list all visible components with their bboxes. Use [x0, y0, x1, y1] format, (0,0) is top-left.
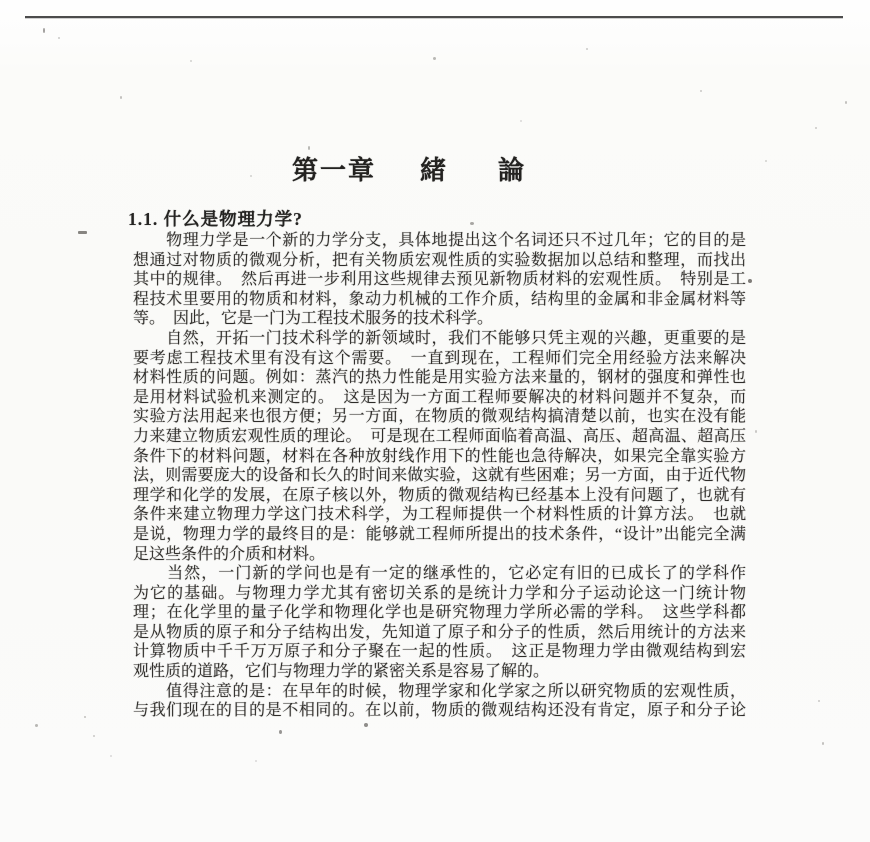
- scan-speck: [815, 127, 817, 129]
- scan-speck: [43, 28, 45, 33]
- text-line: 材料性质的问题。例如：蒸汽的热力性能是用实验方法来量的，钢材的强度和弹性也: [133, 368, 746, 388]
- text-line: 为它的基础。与物理力学尤其有密切关系的是统计力学和分子运动论这一门统计物: [133, 584, 746, 604]
- scan-speck: [463, 706, 465, 708]
- scan-speck: [110, 755, 112, 757]
- text-line: 观性质的道路，它们与物理力学的紧密关系是容易了解的。: [133, 662, 746, 682]
- chapter-number: 第一章: [292, 156, 376, 185]
- text-line: 其中的规律。 然后再进一步利用这些规律去预见新物质材料的宏观性质。 特别是工: [133, 270, 746, 290]
- text-line: 自然，开拓一门技术科学的新领域时，我们不能够只凭主观的兴趣，更重要的是: [133, 329, 746, 349]
- scan-speck: [818, 700, 820, 702]
- scan-speck: [845, 101, 847, 104]
- scan-speck: [364, 723, 368, 727]
- text-line: 当然，一门新的学问也是有一定的继承性的，它必定有旧的已成长了的学科作: [133, 564, 746, 584]
- text-line: 要考虑工程技术里有没有这个需要。 一直到现在，工程师们完全用经验方法来解决: [133, 349, 746, 369]
- text-line: 物理力学是一个新的力学分支，具体地提出这个名词还只不过几年；它的目的是: [133, 231, 746, 251]
- scanned-book-page: 第一章緒論 1.1. 什么是物理力学? 物理力学是一个新的力学分支，具体地提出这…: [0, 0, 870, 842]
- scan-speck: [255, 760, 257, 762]
- text-line: 足这些条件的介质和材料。: [133, 545, 746, 565]
- chapter-title-char-2: 論: [498, 156, 524, 185]
- scan-speck: [279, 730, 282, 734]
- text-line: 程技术里要用的物质和材料，象动力机械的工作介质，结构里的金属和非金属材料等: [133, 290, 746, 310]
- text-line: 条件来建立物理力学这门技术科学，为工程师提供一个材料性质的计算方法。 也就: [133, 505, 746, 525]
- scan-speck: [84, 716, 86, 718]
- scan-speck: [748, 279, 752, 283]
- text-line: 力来建立物质宏观性质的理论。 可是现在工程师面临着高温、高压、超高温、超高压: [133, 427, 746, 447]
- scan-speck: [433, 57, 436, 60]
- scan-speck: [765, 160, 767, 162]
- text-line: 与我们现在的目的是不相同的。在以前，物质的微观结构还没有肯定，原子和分子论: [133, 701, 746, 721]
- text-line: 是说，物理力学的最终目的是：能够就工程师所提出的技术条件，“设计”出能完全满: [133, 525, 746, 545]
- text-line: 值得注意的是：在早年的时候，物理学家和化学家之所以研究物质的宏观性质，: [133, 682, 746, 702]
- scan-speck: [250, 175, 252, 177]
- scan-speck: [755, 430, 757, 433]
- scan-speck: [153, 701, 155, 703]
- scan-speck: [190, 60, 192, 62]
- text-line: 法，则需要庞大的设备和长久的时间来做实验，这就有些困难；另一方面，由于近代物: [133, 466, 746, 486]
- scan-speck: [78, 231, 87, 234]
- scan-speck: [520, 120, 522, 122]
- scan-speck: [640, 330, 642, 332]
- scan-speck: [35, 724, 38, 727]
- text-line: 条件下的材料问题，材料在各种放射线作用下的性能也急待解决，如果完全靠实验方: [133, 447, 746, 467]
- text-line: 理学和化学的发展，在原子核以外，物质的微观结构已经基本上没有问题了，也就有: [133, 486, 746, 506]
- body-text: 物理力学是一个新的力学分支，具体地提出这个名词还只不过几年；它的目的是想通过对物…: [133, 231, 746, 721]
- chapter-title-char-1: 緒: [420, 156, 446, 185]
- scan-speck: [822, 742, 824, 745]
- text-line: 实验方法用起来也很方便；另一方面，在物质的微观结构搞清楚以前，也实在没有能: [133, 407, 746, 427]
- scan-edge-line: [25, 16, 843, 18]
- text-line: 是用材料试验机来测定的。 这是因为一方面工程师要解决的材料问题并不复杂，而: [133, 388, 746, 408]
- text-line: 理；在化学里的量子化学和物理化学也是研究物理力学所必需的学科。 这些学科都: [133, 603, 746, 623]
- section-heading: 1.1. 什么是物理力学?: [128, 206, 303, 231]
- text-line: 想通过对物质的微观分析，把有关物质宏观性质的实验数据加以总结和整理，而找出: [133, 251, 746, 271]
- scan-speck: [700, 90, 702, 92]
- text-line: 等。 因此，它是一门为工程技术服务的技术科学。: [133, 309, 746, 329]
- scan-speck: [470, 222, 474, 225]
- text-line: 计算物质中千千万万原子和分子聚在一起的性质。 这正是物理力学由微观结构到宏: [133, 642, 746, 662]
- scan-speck: [120, 96, 122, 99]
- scan-speck: [58, 37, 60, 39]
- scan-speck: [586, 48, 588, 50]
- scan-speck: [218, 703, 220, 705]
- scan-speck: [308, 146, 310, 150]
- text-line: 是从物质的原子和分子结构出发，先知道了原子和分子的性质，然后用统计的方法来: [133, 623, 746, 643]
- chapter-title: 第一章緒論: [292, 150, 524, 187]
- scan-speck: [93, 735, 95, 737]
